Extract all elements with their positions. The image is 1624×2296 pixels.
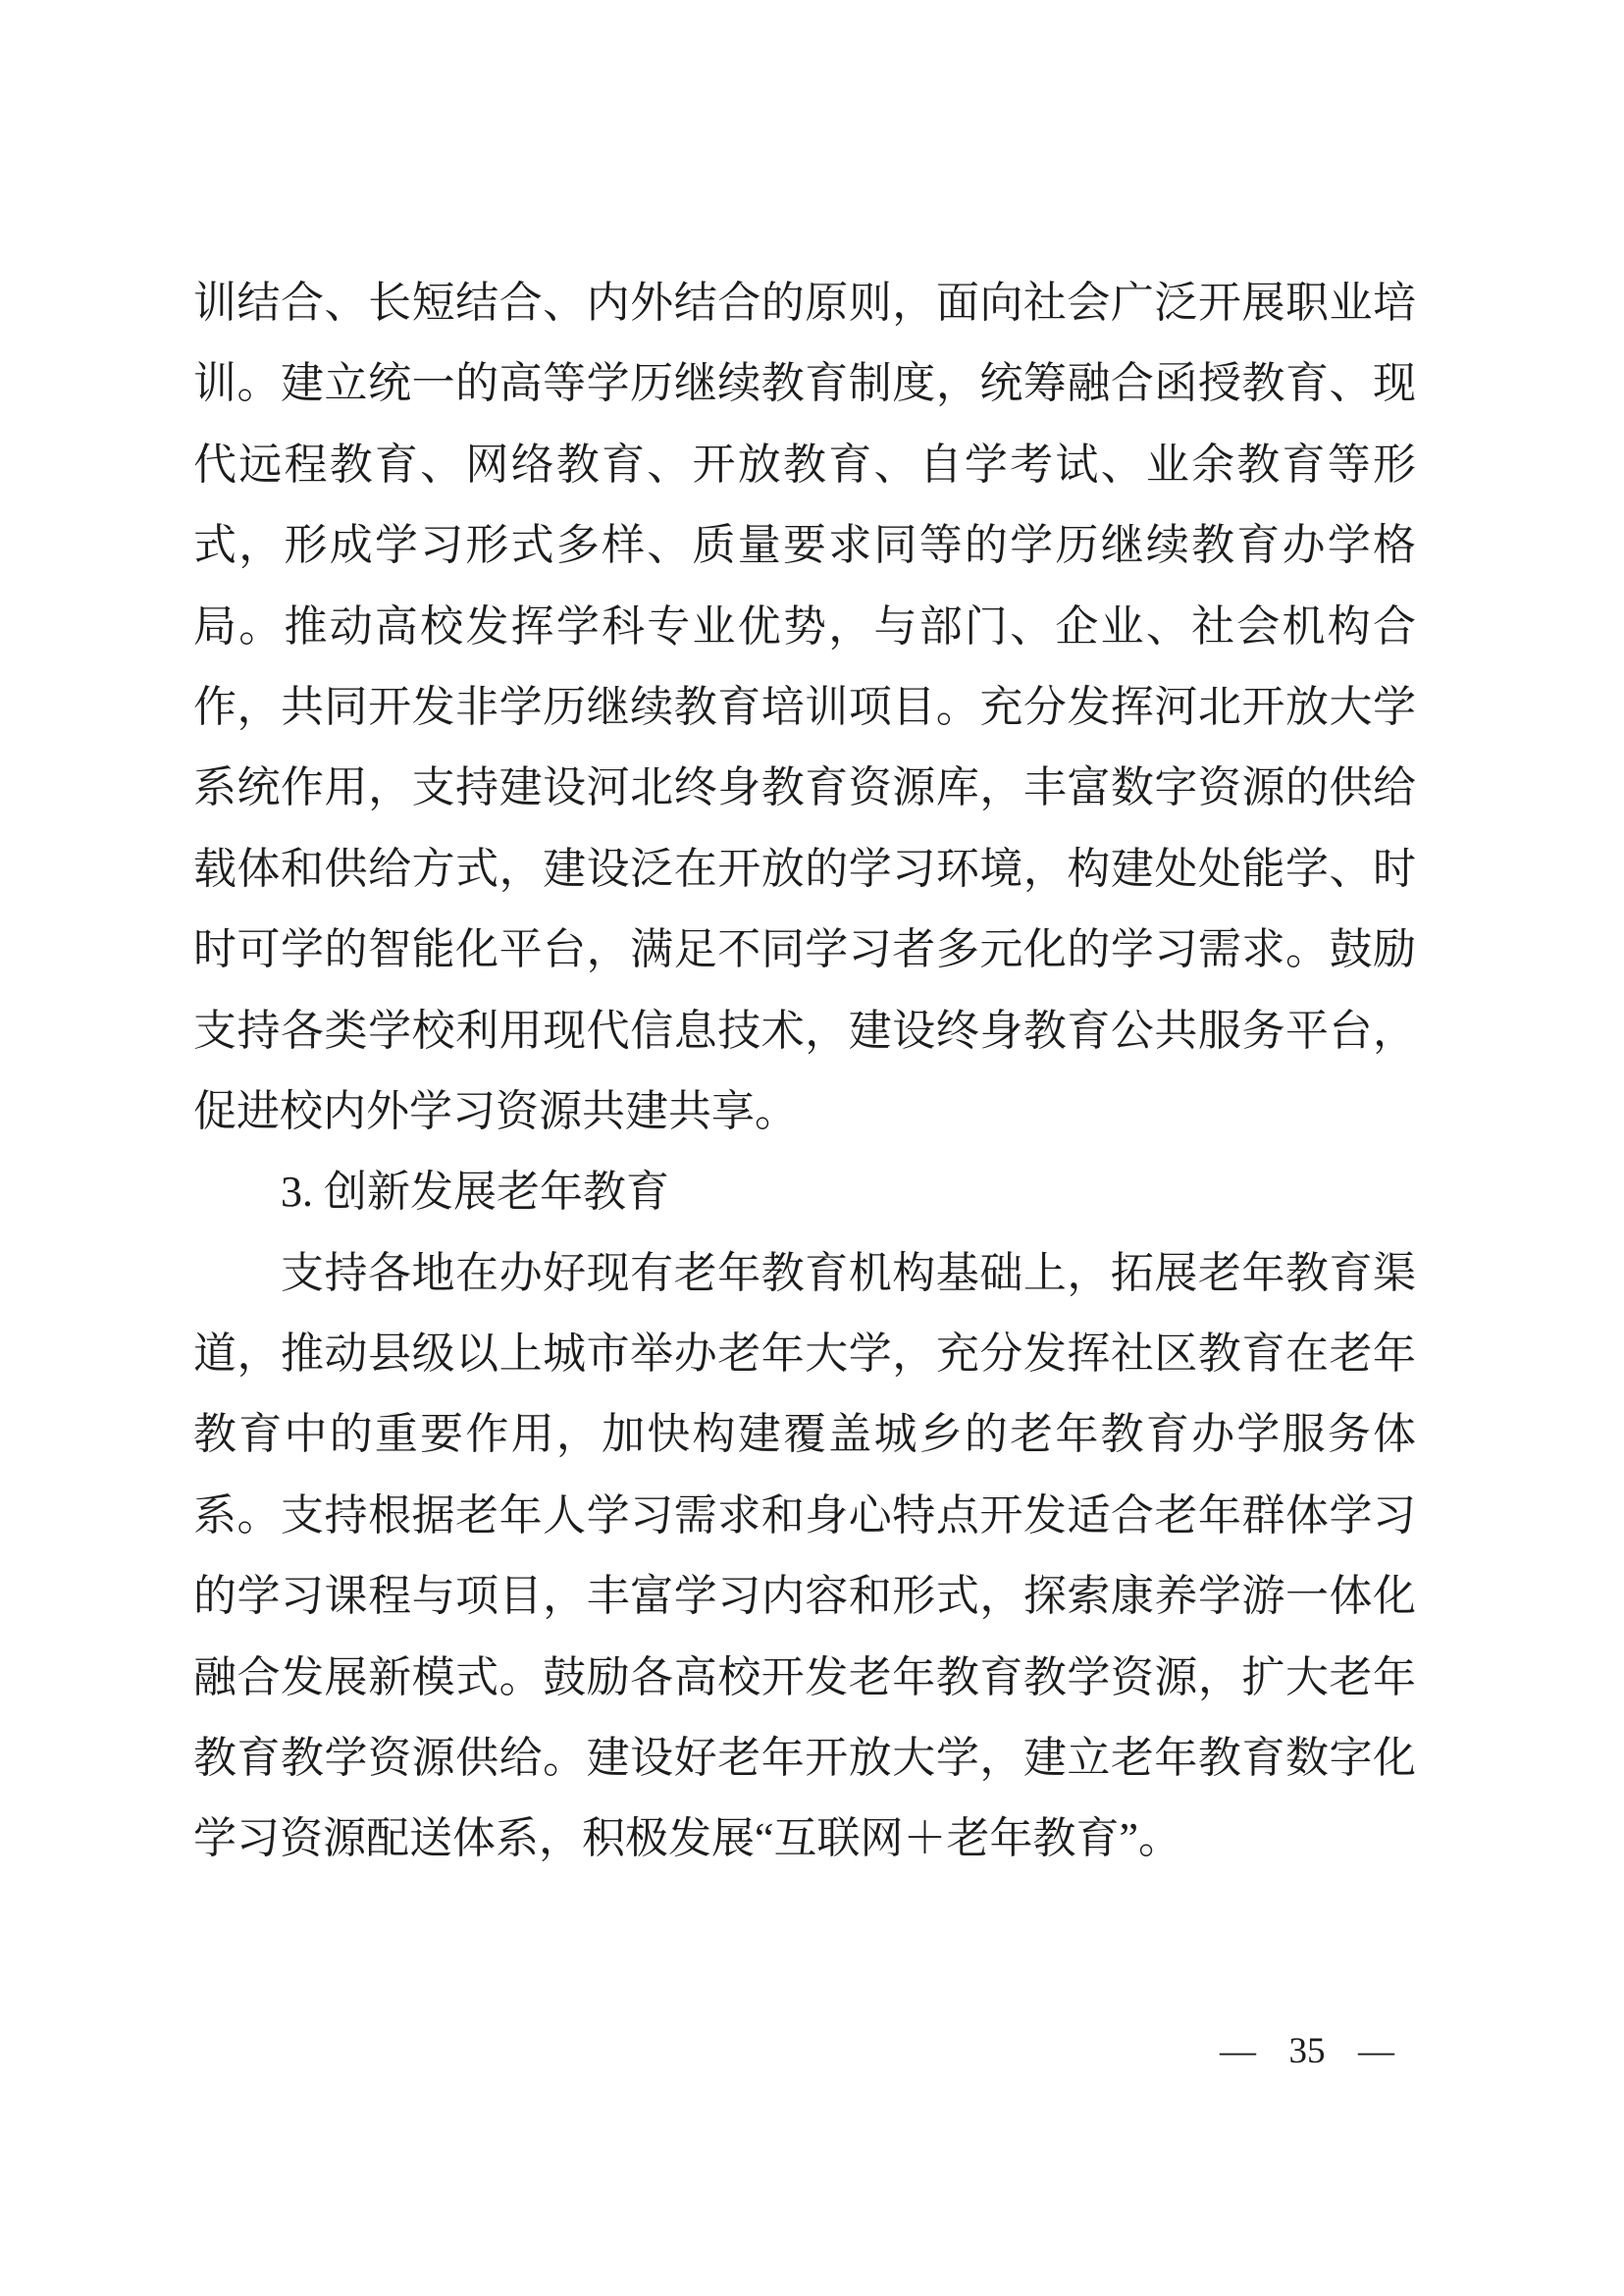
- body-text-line: 代远程教育、网络教育、开放教育、自学考试、业余教育等形: [193, 425, 1416, 505]
- body-text-line: 教育教学资源供给。建设好老年开放大学，建立老年教育数字化: [193, 1718, 1416, 1799]
- page-number: 35: [1289, 2030, 1326, 2072]
- body-text-line: 作，共同开发非学历继续教育培训项目。充分发挥河北开放大学: [193, 667, 1416, 748]
- footer-dash-left: —: [1220, 2030, 1256, 2072]
- body-text-line: 载体和供给方式，建设泛在开放的学习环境，构建处处能学、时: [193, 829, 1416, 910]
- body-text-line: 的学习课程与项目，丰富学习内容和形式，探索康养学游一体化: [193, 1556, 1416, 1637]
- body-text: 训结合、长短结合、内外结合的原则，面向社会广泛开展职业培 训。建立统一的高等学历…: [193, 263, 1416, 1880]
- body-text-line: 时可学的智能化平台，满足不同学习者多元化的学习需求。鼓励: [193, 910, 1416, 990]
- section-heading: 3. 创新发展老年教育: [193, 1152, 1416, 1232]
- body-text-line: 支持各地在办好现有老年教育机构基础上，拓展老年教育渠: [193, 1233, 1416, 1314]
- body-text-line: 训结合、长短结合、内外结合的原则，面向社会广泛开展职业培: [193, 263, 1416, 343]
- page-footer: — 35 —: [1220, 2029, 1394, 2072]
- body-text-line: 局。推动高校发挥学科专业优势，与部门、企业、社会机构合: [193, 587, 1416, 667]
- footer-dash-right: —: [1358, 2030, 1394, 2072]
- body-text-line: 支持各类学校利用现代信息技术，建设终身教育公共服务平台，: [193, 991, 1416, 1071]
- body-text-line: 训。建立统一的高等学历继续教育制度，统筹融合函授教育、现: [193, 343, 1416, 424]
- document-page: 训结合、长短结合、内外结合的原则，面向社会广泛开展职业培 训。建立统一的高等学历…: [0, 0, 1624, 2296]
- body-text-line: 系统作用，支持建设河北终身教育资源库，丰富数字资源的供给: [193, 748, 1416, 828]
- body-text-line: 道，推动县级以上城市举办老年大学，充分发挥社区教育在老年: [193, 1314, 1416, 1394]
- body-text-line: 式，形成学习形式多样、质量要求同等的学历继续教育办学格: [193, 505, 1416, 586]
- body-text-line: 学习资源配送体系，积极发展“互联网＋老年教育”。: [193, 1799, 1416, 1879]
- body-text-line: 系。支持根据老年人学习需求和身心特点开发适合老年群体学习: [193, 1476, 1416, 1556]
- body-text-line: 促进校内外学习资源共建共享。: [193, 1071, 1416, 1152]
- body-text-line: 融合发展新模式。鼓励各高校开发老年教育教学资源，扩大老年: [193, 1638, 1416, 1718]
- body-text-line: 教育中的重要作用，加快构建覆盖城乡的老年教育办学服务体: [193, 1394, 1416, 1475]
